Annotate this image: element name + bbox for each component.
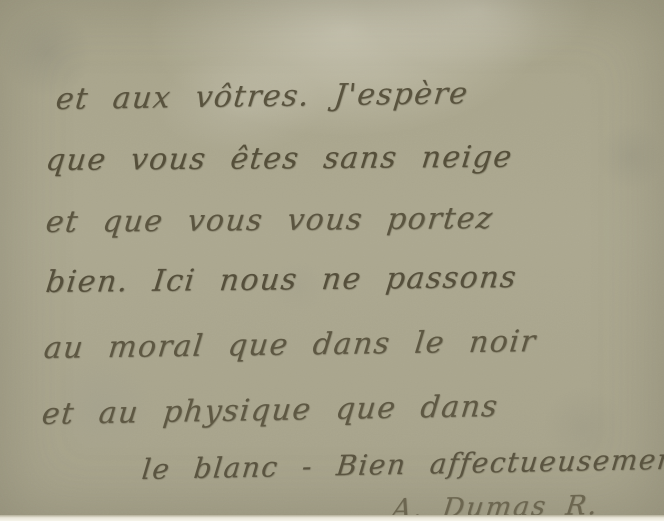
handwriting-layer: et aux vôtres. J'espère que vous êtes sa… — [0, 0, 664, 521]
paper-bottom-edge — [0, 515, 664, 521]
handwritten-line-1: et aux vôtres. J'espère — [54, 76, 470, 117]
handwritten-line-7: le blanc - Bien affectueusement — [140, 442, 664, 486]
handwritten-line-2: que vous êtes sans neige — [44, 140, 515, 178]
letter-paper: et aux vôtres. J'espère que vous êtes sa… — [0, 0, 664, 521]
handwritten-line-4: bien. Ici nous ne passons — [44, 260, 519, 300]
handwritten-line-5: au moral que dans le noir — [42, 324, 538, 366]
handwritten-line-6: et au physique que dans — [40, 389, 500, 432]
handwritten-line-3: et que vous vous portez — [44, 201, 495, 240]
